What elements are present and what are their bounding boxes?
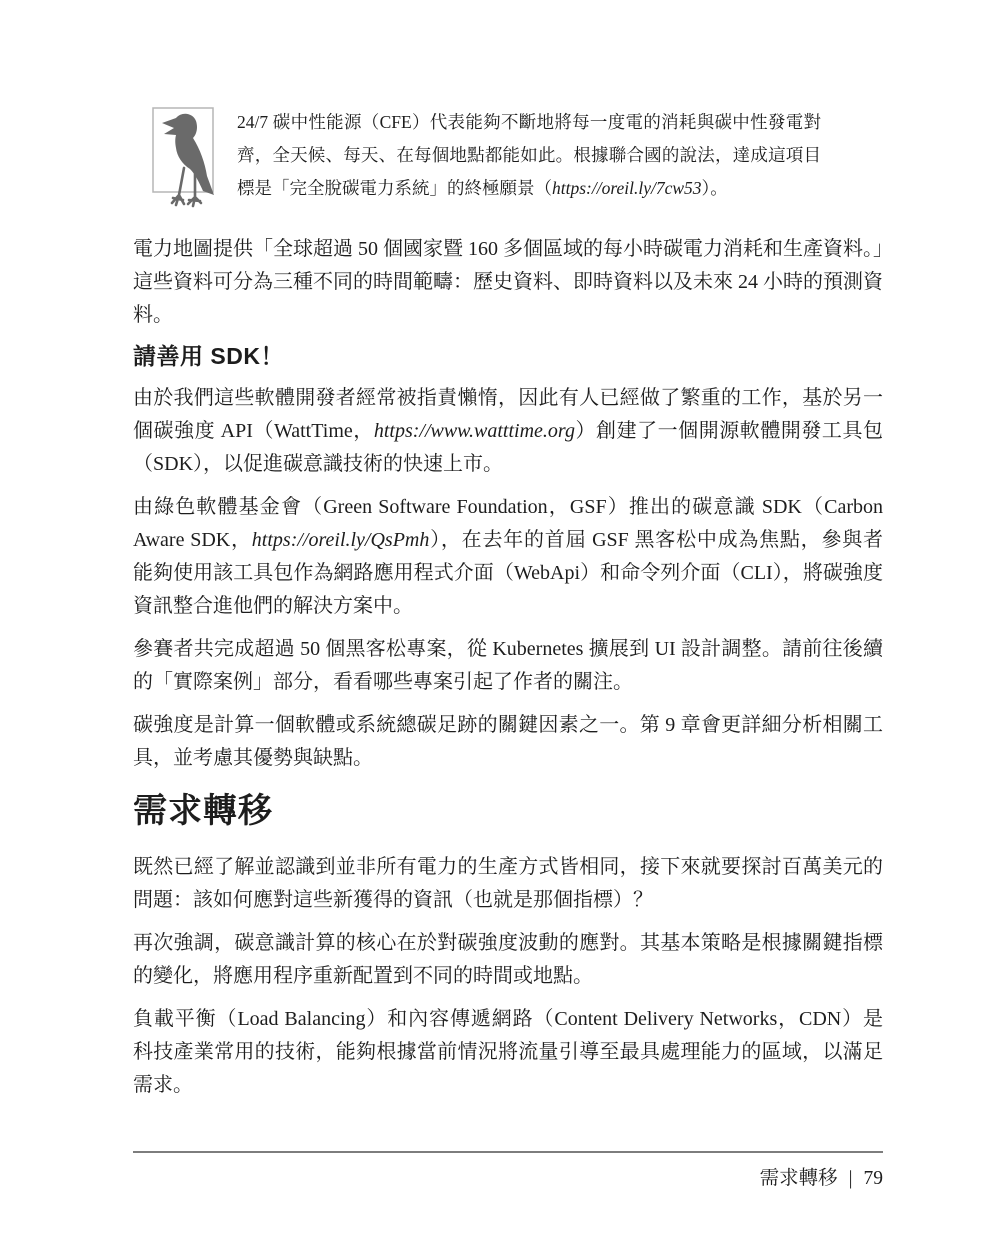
section-heading-sdk: 請善用 SDK！ [133,342,883,370]
crow-icon [150,106,216,215]
footer-page-number: 79 [864,1168,884,1189]
paragraph-carbon-aware-strategy: 再次強調，碳意識計算的核心在於對碳強度波動的應對。其基本策略是根據關鍵指標的變化… [133,927,883,993]
paragraph-hackathon: 參賽者共完成超過 50 個黑客松專案，從 Kubernetes 擴展到 UI 設… [133,633,883,699]
note-text: 24/7 碳中性能源（CFE）代表能夠不斷地將每一度電的消耗與碳中性發電對齊，全… [237,106,883,205]
paragraph-gsf-carbon-aware-sdk: 由綠色軟體基金會（Green Software Foundation，GSF）推… [133,491,883,623]
paragraph-watttime: 由於我們這些軟體開發者經常被指責懶惰，因此有人已經做了繁重的工作，基於另一個碳強… [133,382,883,481]
paragraph-million-dollar-question: 既然已經了解並認識到並非所有電力的生產方式皆相同，接下來就要探討百萬美元的問題：… [133,851,883,917]
url-watttime: https://www.watttime.org [374,420,575,442]
paragraph-load-balancing-cdn: 負載平衡（Load Balancing）和內容傳遞網路（Content Deli… [133,1003,883,1102]
url-carbon-aware-sdk: https://oreil.ly/QsPmh [252,529,430,551]
note-url: https://oreil.ly/7cw53 [552,178,702,198]
page-footer: 需求轉移|79 [133,1151,883,1190]
note-text-run: 24/7 碳中性能源（CFE）代表能夠不斷地將每一度電的消耗與碳中性發電對齊，全… [237,112,821,198]
paragraph-electricity-maps: 電力地圖提供「全球超過 50 個國家暨 160 多個區域的每小時碳電力消耗和生產… [133,233,883,332]
page-content: 24/7 碳中性能源（CFE）代表能夠不斷地將每一度電的消耗與碳中性發電對齊，全… [133,106,883,1112]
paragraph-carbon-intensity: 碳強度是計算一個軟體或系統總碳足跡的關鍵因素之一。第 9 章會更詳細分析相關工具… [133,709,883,775]
section-heading-demand-shifting: 需求轉移 [133,791,883,831]
note-callout: 24/7 碳中性能源（CFE）代表能夠不斷地將每一度電的消耗與碳中性發電對齊，全… [133,106,883,215]
note-text-run: ）。 [702,178,728,198]
footer-separator: | [849,1168,853,1190]
book-page: 24/7 碳中性能源（CFE）代表能夠不斷地將每一度電的消耗與碳中性發電對齊，全… [0,0,1000,1243]
footer-section-title: 需求轉移 [760,1168,838,1189]
